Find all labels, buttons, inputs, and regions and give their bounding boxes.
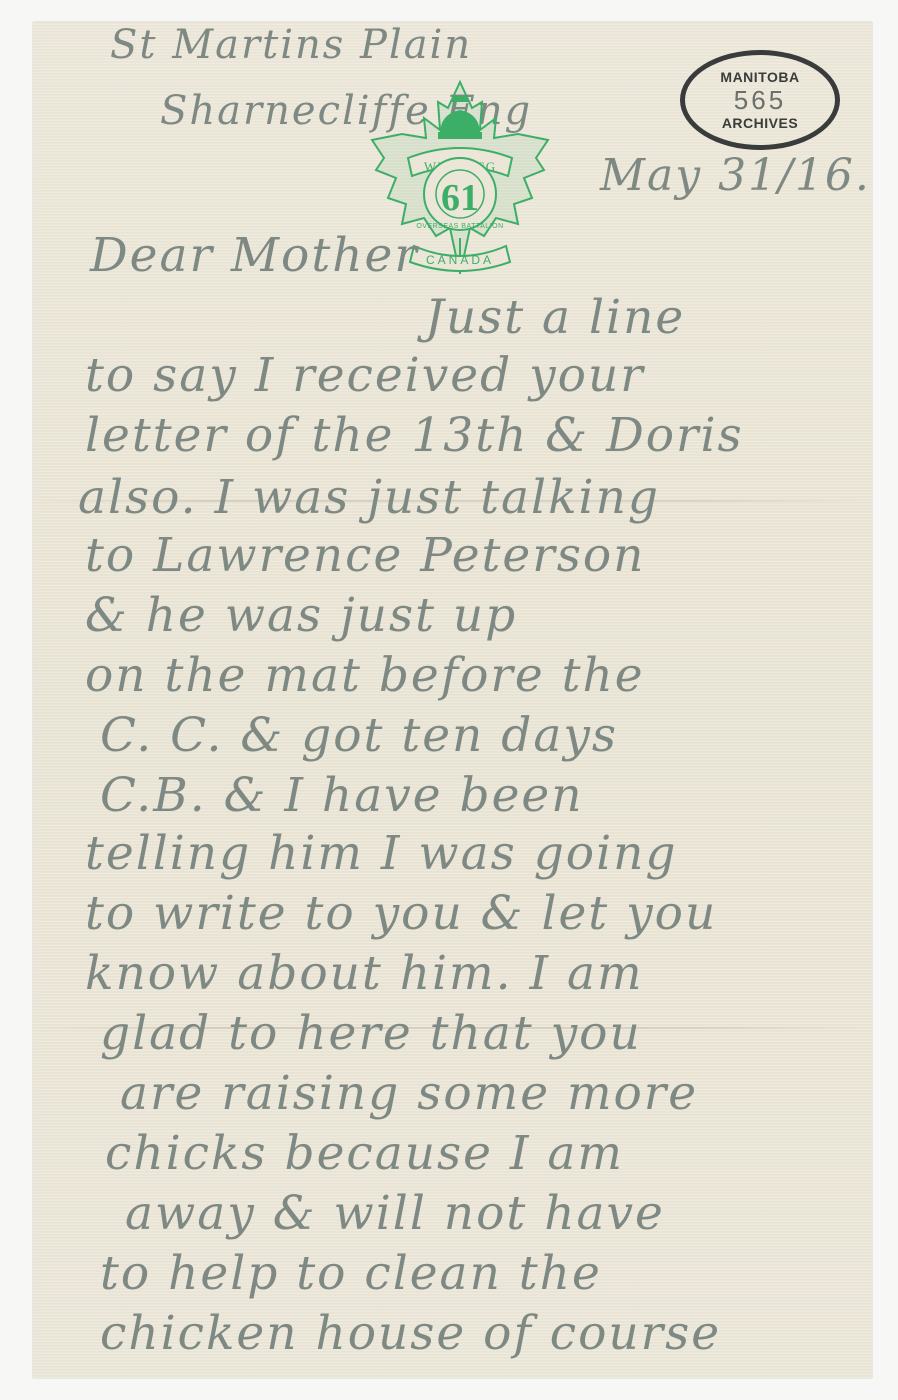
letter-line: are raising some more	[120, 1066, 698, 1121]
letter-line: to write to you & let you	[85, 886, 717, 941]
letter-line: chicken house of course	[100, 1306, 721, 1361]
letter-line: C.B. & I have been	[100, 768, 584, 823]
letter-line: letter of the 13th & Doris	[85, 408, 744, 463]
letter-line: to say I received your	[85, 348, 645, 403]
letter-line: know about him. I am	[85, 946, 644, 1001]
letter-line: on the mat before the	[85, 648, 645, 703]
letter-date: May 31/16.	[600, 150, 871, 201]
stamp-bottom-text: ARCHIVES	[722, 115, 798, 131]
crest-number: 61	[441, 177, 479, 219]
letter-line: away & will not have	[125, 1186, 665, 1241]
salutation: Dear Mother	[90, 228, 419, 283]
letter-line: also. I was just talking	[78, 470, 660, 525]
letter-line: C. C. & got ten days	[100, 708, 618, 763]
letter-line: & he was just up	[85, 588, 517, 643]
crest-bottom-banner: CANADA	[426, 253, 494, 267]
letter-line: to Lawrence Peterson	[85, 528, 645, 583]
letter-line: telling him I was going	[85, 826, 678, 881]
letter-line: to help to clean the	[100, 1246, 602, 1301]
stamp-number: 565	[734, 85, 786, 115]
letter-line: glad to here that you	[100, 1006, 642, 1061]
archives-stamp: MANITOBA 565 ARCHIVES	[680, 50, 840, 150]
crest-ring-text: OVERSEAS BATTALION	[416, 223, 503, 230]
letter-line: Just a line	[425, 290, 685, 345]
stamp-top-text: MANITOBA	[720, 69, 799, 85]
letter-line: chicks because I am	[105, 1126, 624, 1181]
address-line-1: St Martins Plain	[110, 22, 472, 68]
